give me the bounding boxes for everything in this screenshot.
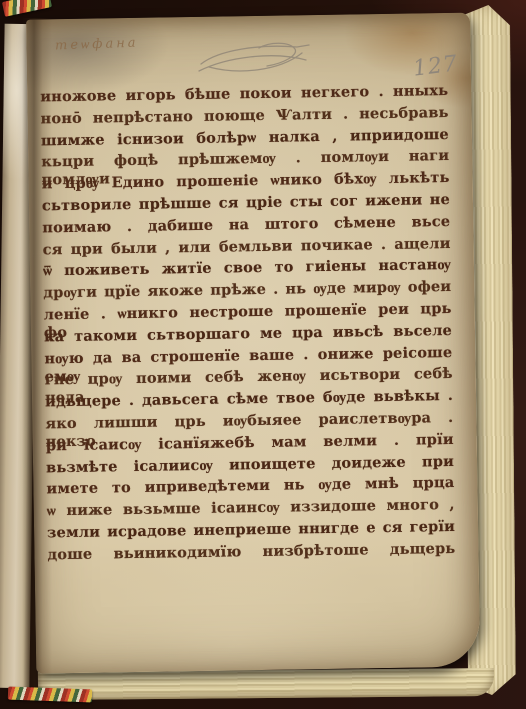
manuscript-page: иножове игорь бѣше покои негкего . нныхь… <box>26 13 480 674</box>
manuscript-photo: иножове игорь бѣше покои негкего . нныхь… <box>0 0 526 709</box>
faded-owner-annotation: теѡфана <box>55 35 139 54</box>
bottom-page-stack <box>38 668 494 700</box>
endband-bottom-icon <box>8 687 92 703</box>
text-block: иножове игорь бѣше покои негкего . нныхь… <box>40 82 455 568</box>
pencil-scribble-icon <box>197 40 315 80</box>
endband-top-icon <box>2 0 52 17</box>
